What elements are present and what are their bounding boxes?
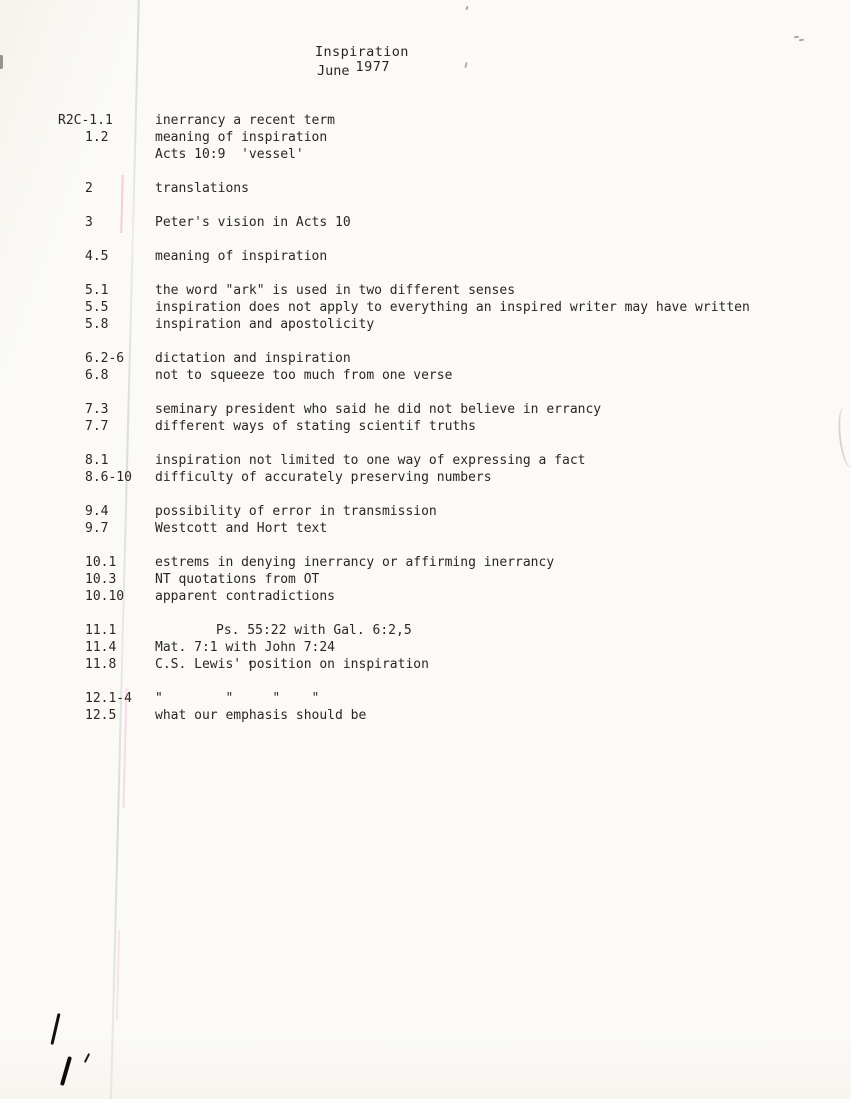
stray-typed-apostrophe: ' — [246, 660, 254, 675]
row-ref: 9.4 — [58, 503, 155, 520]
row-text: Peter's vision in Acts 10 — [155, 214, 351, 231]
index-row: R2C-1.1inerrancy a recent term — [58, 112, 841, 129]
row-ref: 6.2-6 — [58, 350, 155, 367]
index-row: 11.1Ps. 55:22 with Gal. 6:2,5 — [58, 622, 841, 639]
row-ref: 5.5 — [58, 299, 155, 316]
index-row: 2translations — [58, 180, 841, 197]
index-group: 12.1-4" " " "12.5what our emphasis shoul… — [58, 690, 841, 724]
index-row: Acts 10:9 'vessel' — [58, 146, 841, 163]
pen-stroke — [50, 1013, 60, 1045]
row-text: possibility of error in transmission — [155, 503, 437, 520]
index-group: 11.1Ps. 55:22 with Gal. 6:2,511.4Mat. 7:… — [58, 622, 841, 673]
index-row: 12.5what our emphasis should be — [58, 707, 841, 724]
row-ref: 11.1 — [58, 622, 155, 639]
row-text: the word "ark" is used in two different … — [155, 282, 515, 299]
scan-streak — [116, 930, 120, 1020]
index-row: 11.8C.S. Lewis' position on inspiration — [58, 656, 841, 673]
index-row: 8.6-10difficulty of accurately preservin… — [58, 469, 841, 486]
row-ref: 6.8 — [58, 367, 155, 384]
pen-stroke — [60, 1056, 72, 1086]
row-ref: 7.3 — [58, 401, 155, 418]
row-ref: 4.5 — [58, 248, 155, 265]
row-ref: R2C-1.1 — [58, 112, 155, 129]
row-text: seminary president who said he did not b… — [155, 401, 601, 418]
row-ref: 5.1 — [58, 282, 155, 299]
pen-tick-mark — [84, 1053, 90, 1063]
row-ref: 10.1 — [58, 554, 155, 571]
index-group: 3Peter's vision in Acts 10 — [58, 214, 841, 231]
scanned-document-page: Inspiration June1977 R2C-1.1inerrancy a … — [0, 0, 851, 1099]
row-text: Mat. 7:1 with John 7:24 — [155, 639, 335, 656]
ink-smudge — [794, 36, 805, 43]
scan-speck — [464, 62, 467, 68]
index-group: 4.5meaning of inspiration — [58, 248, 841, 265]
row-text: " " " " — [155, 690, 319, 707]
date-year: 1977 — [356, 59, 391, 75]
index-group: 5.1the word "ark" is used in two differe… — [58, 282, 841, 333]
row-ref: 11.8 — [58, 656, 155, 673]
row-text: Acts 10:9 'vessel' — [155, 146, 304, 163]
index-row: 3Peter's vision in Acts 10 — [58, 214, 841, 231]
index-group: R2C-1.1inerrancy a recent term1.2meaning… — [58, 112, 841, 163]
row-ref: 10.10 — [58, 588, 155, 605]
row-text: NT quotations from OT — [155, 571, 319, 588]
row-ref: 3 — [58, 214, 155, 231]
row-text: inspiration not limited to one way of ex… — [155, 452, 585, 469]
row-ref: 2 — [58, 180, 155, 197]
row-ref: 8.1 — [58, 452, 155, 469]
index-row: 5.1the word "ark" is used in two differe… — [58, 282, 841, 299]
date-month: June — [317, 63, 350, 79]
row-ref: 5.8 — [58, 316, 155, 333]
index-row: 8.1inspiration not limited to one way of… — [58, 452, 841, 469]
index-row: 9.4possibility of error in transmission — [58, 503, 841, 520]
index-group: 2translations — [58, 180, 841, 197]
index-row: 5.5inspiration does not apply to everyth… — [58, 299, 841, 316]
row-ref: 12.5 — [58, 707, 155, 724]
index-row: 1.2meaning of inspiration — [58, 129, 841, 146]
scan-speck — [465, 6, 468, 10]
row-text: apparent contradictions — [155, 588, 335, 605]
index-row: 11.4Mat. 7:1 with John 7:24 — [58, 639, 841, 656]
page-edge-mark — [0, 55, 3, 69]
index-group: 6.2-6dictation and inspiration6.8not to … — [58, 350, 841, 384]
index-group: 10.1estrems in denying inerrancy or affi… — [58, 554, 841, 605]
row-text: Ps. 55:22 with Gal. 6:2,5 — [155, 622, 412, 639]
index-row: 10.10apparent contradictions — [58, 588, 841, 605]
index-row: 4.5meaning of inspiration — [58, 248, 841, 265]
row-text: meaning of inspiration — [155, 129, 327, 146]
index-row: 12.1-4" " " " — [58, 690, 841, 707]
row-text: difficulty of accurately preserving numb… — [155, 469, 492, 486]
row-text: meaning of inspiration — [155, 248, 327, 265]
row-text: C.S. Lewis' position on inspiration — [155, 656, 429, 673]
index-row: 9.7Westcott and Hort text — [58, 520, 841, 537]
index-row: 10.3NT quotations from OT — [58, 571, 841, 588]
row-ref: 12.1-4 — [58, 690, 155, 707]
row-ref: 10.3 — [58, 571, 155, 588]
row-ref: 9.7 — [58, 520, 155, 537]
index-row: 6.2-6dictation and inspiration — [58, 350, 841, 367]
row-text: estrems in denying inerrancy or affirmin… — [155, 554, 554, 571]
index-row: 10.1estrems in denying inerrancy or affi… — [58, 554, 841, 571]
row-ref: 1.2 — [58, 129, 155, 146]
row-text: inspiration does not apply to everything… — [155, 299, 750, 316]
document-date: June1977 — [317, 63, 390, 80]
index-row: 7.7different ways of stating scientif tr… — [58, 418, 841, 435]
row-text: inspiration and apostolicity — [155, 316, 374, 333]
index-list: R2C-1.1inerrancy a recent term1.2meaning… — [58, 112, 841, 724]
index-group: 9.4possibility of error in transmission9… — [58, 503, 841, 537]
row-ref: 7.7 — [58, 418, 155, 435]
index-row: 5.8inspiration and apostolicity — [58, 316, 841, 333]
row-text: not to squeeze too much from one verse — [155, 367, 452, 384]
row-ref: 8.6-10 — [58, 469, 155, 486]
index-group: 8.1inspiration not limited to one way of… — [58, 452, 841, 486]
row-ref — [58, 146, 155, 163]
index-group: 7.3seminary president who said he did no… — [58, 401, 841, 435]
row-text: different ways of stating scientif truth… — [155, 418, 476, 435]
row-text: dictation and inspiration — [155, 350, 351, 367]
row-text: what our emphasis should be — [155, 707, 366, 724]
row-text: translations — [155, 180, 249, 197]
row-ref: 11.4 — [58, 639, 155, 656]
row-text: inerrancy a recent term — [155, 112, 335, 129]
row-text: Westcott and Hort text — [155, 520, 327, 537]
index-row: 6.8not to squeeze too much from one vers… — [58, 367, 841, 384]
index-row: 7.3seminary president who said he did no… — [58, 401, 841, 418]
